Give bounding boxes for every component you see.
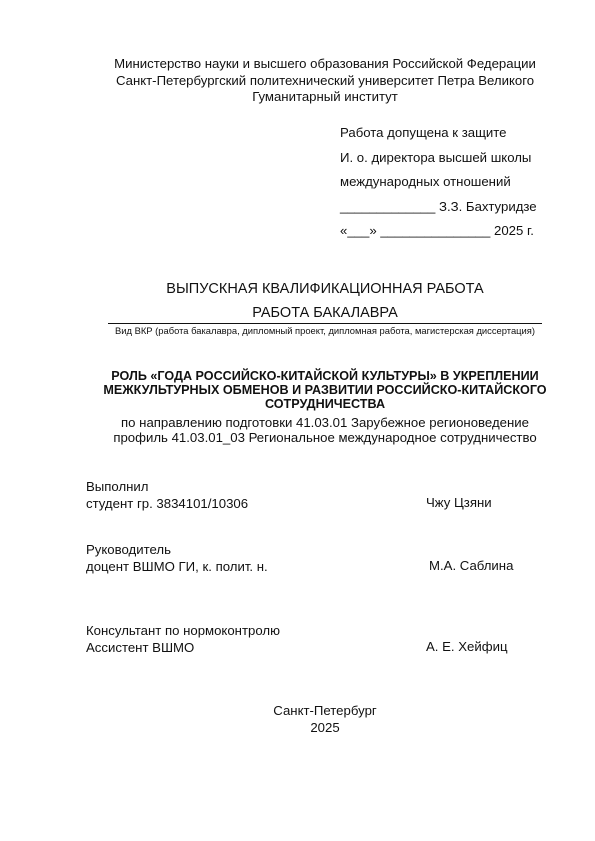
profile-line: профиль 41.03.01_03 Региональное междуна… xyxy=(70,430,580,445)
approval-line-2: И. о. директора высшей школы xyxy=(340,146,580,171)
work-type: РАБОТА БАКАЛАВРА xyxy=(60,304,590,322)
consultant-block: Консультант по нормоконтролю Ассистент В… xyxy=(86,623,280,656)
author-block: Выполнил студент гр. 3834101/10306 xyxy=(86,479,248,512)
approval-date-line: «___» _______________ 2025 г. xyxy=(340,219,580,244)
document-footer: Санкт-Петербург 2025 xyxy=(60,703,590,736)
study-direction: по направлению подготовки 41.03.01 Заруб… xyxy=(70,415,580,445)
consultant-name: А. Е. Хейфиц xyxy=(426,639,508,656)
footer-city: Санкт-Петербург xyxy=(60,703,590,720)
work-title: ВЫПУСКНАЯ КВАЛИФИКАЦИОННАЯ РАБОТА xyxy=(60,280,590,298)
supervisor-name: М.А. Саблина xyxy=(429,558,513,575)
approval-block: Работа допущена к защите И. о. директора… xyxy=(340,121,580,244)
consultant-role: Консультант по нормоконтролю xyxy=(86,623,280,640)
supervisor-block: Руководитель доцент ВШМО ГИ, к. полит. н… xyxy=(86,542,268,575)
thesis-title-line-2: МЕЖКУЛЬТУРНЫХ ОБМЕНОВ И РАЗВИТИИ РОССИЙС… xyxy=(80,383,570,397)
author-position: студент гр. 3834101/10306 xyxy=(86,496,248,513)
consultant-position: Ассистент ВШМО xyxy=(86,640,280,657)
university-name: Санкт-Петербургский политехнический унив… xyxy=(60,73,590,90)
supervisor-position: доцент ВШМО ГИ, к. полит. н. xyxy=(86,559,268,576)
thesis-title-line-3: СОТРУДНИЧЕСТВА xyxy=(80,397,570,411)
thesis-title-line-1: РОЛЬ «ГОДА РОССИЙСКО-КИТАЙСКОЙ КУЛЬТУРЫ»… xyxy=(80,369,570,383)
author-role: Выполнил xyxy=(86,479,248,496)
author-name: Чжу Цзяни xyxy=(426,495,492,512)
ministry-name: Министерство науки и высшего образования… xyxy=(60,56,590,73)
approval-line-3: международных отношений xyxy=(340,170,580,195)
direction-line: по направлению подготовки 41.03.01 Заруб… xyxy=(70,415,580,430)
work-type-underline xyxy=(108,323,542,324)
footer-year: 2025 xyxy=(60,720,590,737)
document-header: Министерство науки и высшего образования… xyxy=(60,56,590,106)
institute-name: Гуманитарный институт xyxy=(60,89,590,106)
supervisor-role: Руководитель xyxy=(86,542,268,559)
approval-signature-line: _____________ З.З. Бахтуридзе xyxy=(340,195,580,220)
thesis-title: РОЛЬ «ГОДА РОССИЙСКО-КИТАЙСКОЙ КУЛЬТУРЫ»… xyxy=(80,369,570,412)
approval-line-1: Работа допущена к защите xyxy=(340,121,580,146)
work-type-hint: Вид ВКР (работа бакалавра, дипломный про… xyxy=(108,325,542,337)
